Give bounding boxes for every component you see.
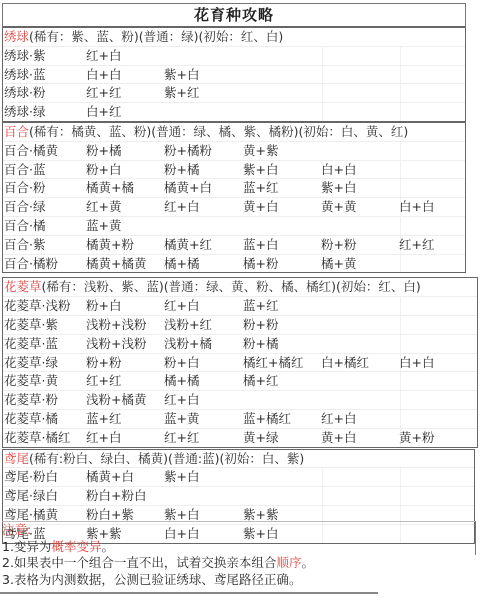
note-item: 2.如果表中一个组合一直不出，试着交换亲本组合顺序。 — [2, 555, 476, 572]
table-row: 花菱草·粉浅粉+橘黄红+白 — [3, 391, 477, 410]
combo: 黄+白 — [243, 198, 278, 216]
combo: 橘+黄 — [321, 255, 356, 273]
combo: 橘黄+橘黄 — [86, 255, 146, 273]
section-desc: (稀有：紫、蓝、粉)(普通：绿)(初始：红、白) — [29, 29, 283, 44]
combo: 橘黄+白 — [164, 179, 212, 197]
note-item: 3.表格为内测数据，公测已验证绣球、鸢尾路径正确。 — [2, 572, 476, 589]
flower-name: 花菱草·橘 — [4, 410, 58, 428]
combo: 粉+白 — [86, 297, 121, 315]
combo: 浅粉+橘 — [164, 335, 212, 353]
combo: 橘+橘 — [164, 255, 199, 273]
notes-box: 注意: 1.变异为概率变异。 2.如果表中一个组合一直不出，试着交换亲本组合顺序… — [2, 521, 476, 588]
flower-name: 百合·橘 — [4, 217, 45, 235]
combo: 蓝+红 — [243, 297, 278, 315]
combo: 蓝+黄 — [164, 410, 199, 428]
table-row: 花菱草·蓝浅粉+浅粉浅粉+橘粉+橘 — [3, 335, 477, 354]
combo: 黄+黄 — [321, 198, 356, 216]
table-row: 百合·紫橘黄+粉橘黄+红蓝+白粉+粉红+红 — [3, 236, 465, 255]
combo: 白+橘红 — [321, 354, 369, 372]
table-row: 百合·绿红+黄红+白黄+白黄+黄白+白 — [3, 198, 465, 217]
combo: 粉+橘粉 — [164, 142, 212, 160]
flower-name: 花菱草·粉 — [4, 391, 58, 409]
flower-name: 鸢尾·绿白 — [4, 487, 58, 505]
combo: 粉+橘 — [86, 142, 121, 160]
table-row: 花菱草·橘蓝+红蓝+黄蓝+橘红红+白 — [3, 410, 477, 429]
table-row: 百合·橘粉橘黄+橘黄橘+橘橘+粉橘+黄 — [3, 255, 465, 273]
page-title: 花育种攻略 — [2, 3, 466, 28]
table-row: 百合·橘黄粉+橘粉+橘粉黄+紫 — [3, 142, 465, 161]
combo: 粉+粉 — [243, 316, 278, 334]
combo: 橘+红 — [243, 372, 278, 390]
table-row: 花菱草·浅粉粉+白红+白蓝+红 — [3, 297, 477, 316]
flower-name: 花菱草·黄 — [4, 372, 58, 390]
section-name: 百合 — [4, 124, 29, 139]
combo: 橘黄+粉 — [86, 236, 134, 254]
section-desc: (稀有：浅粉、紫、蓝)(普通：绿、黄、粉、橘、橘红)(初始：红、白) — [42, 279, 421, 294]
combo: 白+白 — [399, 354, 434, 372]
section-california-poppy: 花菱草(稀有：浅粉、紫、蓝)(普通：绿、黄、粉、橘、橘红)(初始：红、白) 花菱… — [2, 277, 478, 447]
combo: 紫+白 — [164, 468, 199, 486]
flower-name: 绣球·绿 — [4, 103, 45, 121]
combo: 黄+紫 — [243, 142, 278, 160]
combo: 红+红 — [399, 236, 434, 254]
flower-name: 绣球·紫 — [4, 47, 45, 65]
combo: 紫+红 — [164, 84, 199, 102]
combo: 浅粉+橘黄 — [86, 391, 146, 409]
section-name: 鸢尾 — [4, 451, 29, 466]
combo: 黄+白 — [321, 429, 356, 447]
flower-name: 绣球·蓝 — [4, 66, 45, 84]
flower-name: 花菱草·浅粉 — [4, 297, 70, 315]
flower-name: 百合·蓝 — [4, 161, 45, 179]
combo: 黄+粉 — [399, 429, 434, 447]
section-hydrangea: 绣球(稀有：紫、蓝、粉)(普通：绿)(初始：红、白) 绣球·紫红+白 绣球·蓝白… — [2, 28, 466, 122]
combo: 蓝+白 — [243, 236, 278, 254]
note-item: 1.变异为概率变异。 — [2, 539, 476, 556]
combo: 粉白+粉白 — [86, 487, 146, 505]
combo: 白+白 — [399, 198, 434, 216]
table-row: 百合·橘蓝+黄 — [3, 217, 465, 236]
section-name: 花菱草 — [4, 279, 42, 294]
combo: 橘+粉 — [243, 255, 278, 273]
combo: 橘黄+白 — [86, 468, 134, 486]
notes-heading: 注意: — [2, 522, 476, 539]
combo: 粉+橘 — [164, 161, 199, 179]
combo: 黄+绿 — [243, 429, 278, 447]
divider — [0, 592, 378, 594]
section-header: 绣球(稀有：紫、蓝、粉)(普通：绿)(初始：红、白) — [3, 28, 465, 47]
table-row: 绣球·紫红+白 — [3, 47, 465, 66]
combo: 橘黄+红 — [164, 236, 212, 254]
flower-name: 百合·紫 — [4, 236, 45, 254]
combo: 橘黄+橘 — [86, 179, 134, 197]
section-name: 绣球 — [4, 29, 29, 44]
table-row: 花菱草·黄红+红橘+橘橘+红 — [3, 372, 477, 391]
combo: 蓝+红 — [243, 179, 278, 197]
flower-name: 百合·绿 — [4, 198, 45, 216]
flower-name: 百合·橘黄 — [4, 142, 58, 160]
table-row: 百合·蓝粉+白粉+橘紫+白白+白 — [3, 161, 465, 180]
table-row: 百合·粉橘黄+橘橘黄+白蓝+红紫+白 — [3, 179, 465, 198]
combo: 紫+白 — [321, 179, 356, 197]
combo: 紫+白 — [164, 66, 199, 84]
combo: 红+白 — [164, 297, 199, 315]
combo: 浅粉+浅粉 — [86, 335, 146, 353]
flower-name: 绣球·粉 — [4, 84, 45, 102]
combo: 粉+粉 — [321, 236, 356, 254]
section-lily: 百合(稀有：橘黄、蓝、粉)(普通：绿、橘、紫、橘粉)(初始：白、黄、红) 百合·… — [2, 122, 466, 273]
flower-name: 花菱草·蓝 — [4, 335, 58, 353]
combo: 红+白 — [86, 47, 121, 65]
combo: 浅粉+红 — [164, 316, 212, 334]
section-header: 鸢尾(稀有:粉白、绿白、橘黄)(普通:蓝)(初始：白、紫) — [3, 450, 474, 469]
table-row: 花菱草·橘红红+白红+红黄+绿黄+白黄+粉 — [3, 429, 477, 447]
combo: 红+红 — [164, 429, 199, 447]
section-header: 百合(稀有：橘黄、蓝、粉)(普通：绿、橘、紫、橘粉)(初始：白、黄、红) — [3, 123, 465, 142]
table-row: 绣球·蓝白+白紫+白 — [3, 66, 465, 85]
table-row: 花菱草·绿粉+粉粉+白橘红+橘红白+橘红白+白 — [3, 354, 477, 373]
flower-name: 鸢尾·粉白 — [4, 468, 58, 486]
section-desc: (稀有：橘黄、蓝、粉)(普通：绿、橘、紫、橘粉)(初始：白、黄、红) — [29, 124, 408, 139]
flower-name: 百合·粉 — [4, 179, 45, 197]
combo: 橘红+橘红 — [243, 354, 303, 372]
combo: 粉+橘 — [243, 335, 278, 353]
combo: 红+黄 — [86, 198, 121, 216]
table-row: 花菱草·紫浅粉+浅粉浅粉+红粉+粉 — [3, 316, 477, 335]
flower-name: 百合·橘粉 — [4, 255, 58, 273]
combo: 白+白 — [321, 161, 356, 179]
combo: 紫+白 — [243, 161, 278, 179]
flower-name: 花菱草·橘红 — [4, 429, 70, 447]
combo: 蓝+黄 — [86, 217, 121, 235]
combo: 浅粉+浅粉 — [86, 316, 146, 334]
combo: 粉+白 — [164, 354, 199, 372]
flower-name: 花菱草·紫 — [4, 316, 58, 334]
combo: 蓝+红 — [86, 410, 121, 428]
table-row: 鸢尾·绿白粉白+粉白 — [3, 487, 474, 506]
combo: 白+白 — [86, 66, 121, 84]
section-desc: (稀有:粉白、绿白、橘黄)(普通:蓝)(初始：白、紫) — [29, 451, 304, 466]
table-row: 绣球·粉红+红紫+红 — [3, 84, 465, 103]
combo: 红+白 — [86, 429, 121, 447]
combo: 红+红 — [86, 84, 121, 102]
combo: 蓝+橘红 — [243, 410, 291, 428]
combo: 红+白 — [164, 391, 199, 409]
combo: 粉+粉 — [86, 354, 121, 372]
table-row: 绣球·绿白+红 — [3, 103, 465, 121]
table-row: 鸢尾·粉白橘黄+白紫+白 — [3, 468, 474, 487]
breeding-guide-table: 花育种攻略 绣球(稀有：紫、蓝、粉)(普通：绿)(初始：红、白) 绣球·紫红+白… — [2, 3, 466, 544]
flower-name: 花菱草·绿 — [4, 354, 58, 372]
combo: 红+白 — [164, 198, 199, 216]
combo: 红+白 — [321, 410, 356, 428]
combo: 白+红 — [86, 103, 121, 121]
combo: 红+红 — [86, 372, 121, 390]
combo: 粉+白 — [86, 161, 121, 179]
combo: 橘+橘 — [164, 372, 199, 390]
section-header: 花菱草(稀有：浅粉、紫、蓝)(普通：绿、黄、粉、橘、橘红)(初始：红、白) — [3, 278, 477, 297]
